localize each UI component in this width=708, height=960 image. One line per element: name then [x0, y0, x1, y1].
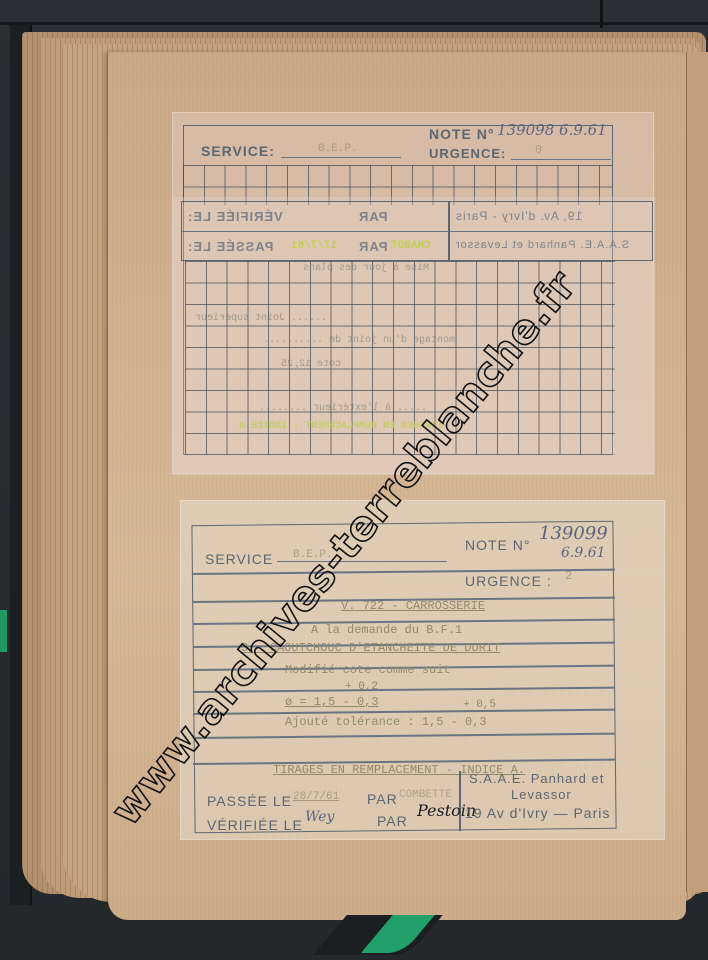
- urgence-label: URGENCE :: [465, 573, 552, 589]
- body-formula-1: ø = 1,5 - 0,3: [285, 695, 379, 709]
- company-line-2: Levassor: [511, 787, 572, 802]
- faint-line-2: ...... Joint supérieur: [195, 313, 327, 324]
- green-index-tab-left: [0, 610, 7, 652]
- urgence-value: 0: [535, 143, 542, 157]
- passee-label: PASSÉE LE: [207, 793, 292, 809]
- verifiee-date: Wey: [305, 809, 334, 825]
- service-label: SERVICE:: [201, 143, 275, 159]
- note-number-value: 139098 6.9.61: [497, 121, 607, 139]
- urgence-value: 2: [565, 569, 572, 583]
- cover-seam: [600, 0, 603, 28]
- service-value: B.E.P.: [318, 143, 358, 155]
- mirrored-passee-by: CHABOT: [391, 240, 431, 252]
- faint-line-4: cote 12,25: [281, 359, 341, 370]
- body-formula-2: Ajouté tolérance : 1,5 - 0,3: [285, 715, 487, 729]
- mirrored-passee-par: PAR: [358, 239, 387, 254]
- body-tolerance-plus-1: + 0,2: [345, 681, 378, 693]
- note-number-value: 139099: [539, 523, 608, 544]
- note-date: 6.9.61: [561, 545, 606, 561]
- mirrored-verifiee-par: PAR: [358, 209, 387, 224]
- service-underline: [281, 157, 401, 158]
- passee-date: 28/7/61: [293, 791, 339, 803]
- company-address: 19 Av d'Ivry — Paris: [465, 805, 610, 821]
- urgence-label: URGENCE:: [429, 146, 506, 161]
- faint-line-1: Mise à jour des plans: [303, 263, 429, 274]
- passee-by: COMBETTE: [399, 789, 452, 801]
- body-tolerance-plus-2: + 0,5: [463, 699, 496, 711]
- body-title: V. 722 - CARROSSERIE: [341, 599, 485, 613]
- mirrored-passee-label: PASSÉE LE:: [187, 239, 273, 254]
- service-label: SERVICE: [205, 551, 273, 567]
- verifiee-par-label: PAR: [377, 813, 408, 829]
- body-request: A la demande du B.F.1: [311, 623, 462, 637]
- faint-line-3: montage d'un joint de ..........: [263, 335, 455, 346]
- company-line-1: S.A.A.E. Panhard et: [469, 771, 604, 786]
- mirrored-passee-date: 17/7/61: [291, 240, 337, 252]
- mirrored-address: 19, Av. d'Ivry - Paris: [455, 209, 582, 223]
- faint-line-5: ..... à l'extérieur ........: [259, 403, 427, 414]
- mirrored-verifiee-label: VÉRIFIÉE LE:: [187, 209, 283, 224]
- mirrored-vertical-divider: [448, 201, 450, 261]
- mirrored-company: S.A.A.E. Panhard et Levassor: [455, 239, 629, 251]
- verifiee-label: VÉRIFIÉE LE: [207, 817, 303, 833]
- urgence-underline: [511, 159, 611, 160]
- kraft-page-fold: [686, 52, 708, 892]
- note-number-label: NOTE N°: [465, 537, 531, 553]
- body-modification: Modifié cote comme suit: [285, 663, 451, 677]
- note-number-label: NOTE N°: [429, 126, 495, 142]
- passee-par-label: PAR: [367, 791, 398, 807]
- mirrored-divider: [181, 231, 653, 232]
